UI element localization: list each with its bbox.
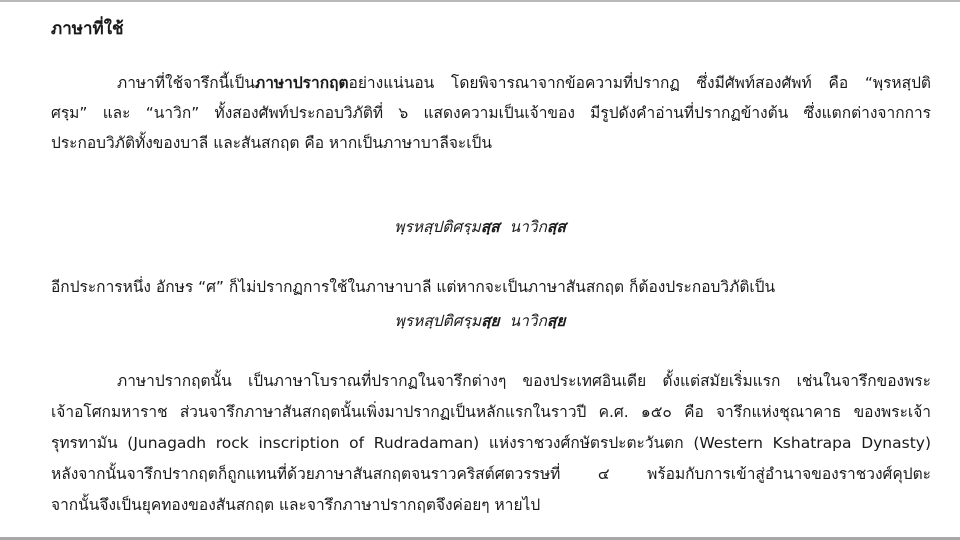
paragraph3-line4: หลังจากนั้นจารึกปรากฤตก็ถูกแทนที่ด้วยภาษ…	[51, 459, 931, 489]
paragraph1-text: ภาษาที่ใช้จารึกนี้เป็น	[117, 74, 255, 92]
paragraph2-line1: อีกประการหนึ่ง อักษร “ศ” ก็ไม่ปรากฏการใช…	[51, 272, 931, 302]
pali-forms: พฺรหสฺปติศรฺมสฺส นาวิกสฺส	[0, 212, 960, 242]
sanskrit-word2-stem: นาวิก	[509, 312, 546, 330]
pali-word1-suffix: สฺส	[481, 218, 500, 236]
paragraph1-line1: ภาษาที่ใช้จารึกนี้เป็นภาษาปรากฤตอย่างแน่…	[117, 68, 931, 98]
pali-word1-stem: พฺรหสฺปติศรฺม	[394, 218, 481, 236]
paragraph1-line2: ศรฺม” และ “นาวิก” ทั้งสองศัพท์ประกอบวิภั…	[51, 98, 931, 128]
pali-word2-suffix: สฺส	[547, 218, 566, 236]
sanskrit-word1-suffix: สฺย	[481, 312, 500, 330]
paragraph1-text-cont: อย่างแน่นอน โดยพิจารณาจากข้อความที่ปรากฏ…	[349, 74, 931, 92]
sanskrit-word1-stem: พฺรหสฺปติศรฺม	[395, 312, 482, 330]
paragraph3-line3: รุทรทามัน (Junagadh rock inscription of …	[51, 428, 931, 458]
sanskrit-forms: พฺรหสฺปติศรฺมสฺย นาวิกสฺย	[0, 306, 960, 336]
paragraph1-line3: ประกอบวิภัติทั้งของบาลี และสันสกฤต คือ ห…	[51, 128, 931, 158]
section-heading: ภาษาที่ใช้	[51, 14, 124, 44]
paragraph3-line5: จากนั้นจึงเป็นยุคทองของสันสกฤต และจารึกภ…	[51, 490, 931, 520]
document-page: ภาษาที่ใช้ ภาษาที่ใช้จารึกนี้เป็นภาษาปรา…	[0, 0, 960, 540]
sanskrit-word2-suffix: สฺย	[547, 312, 566, 330]
paragraph3-line2: เจ้าอโศกมหาราช ส่วนจารึกภาษาสันสกฤตนั้นเ…	[51, 397, 931, 427]
pali-word2-stem: นาวิก	[509, 218, 546, 236]
bold-term-prakrit: ภาษาปรากฤต	[255, 74, 349, 92]
paragraph3-line1: ภาษาปรากฤตนั้น เป็นภาษาโบราณที่ปรากฏในจา…	[117, 366, 931, 396]
